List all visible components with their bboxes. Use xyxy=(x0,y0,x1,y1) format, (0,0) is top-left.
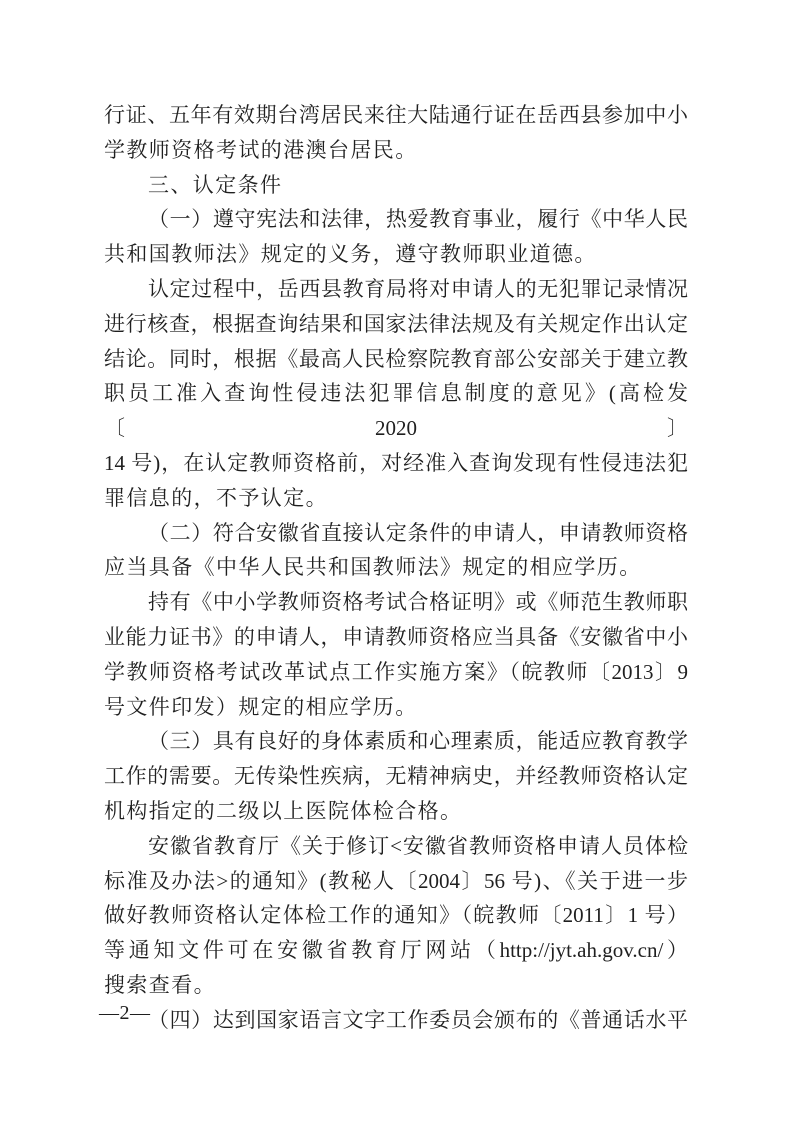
text-line: 等通知文件可在安徽省教育厅网站（http://jyt.ah.gov.cn/） xyxy=(104,933,688,968)
document-body: 行证、五年有效期台湾居民来往大陆通行证在岳西县参加中小学教师资格考试的港澳台居民… xyxy=(104,98,688,1038)
text-line: 机构指定的二级以上医院体检合格。 xyxy=(104,794,688,829)
text-line: 进行核查，根据查询结果和国家法律法规及有关规定作出认定 xyxy=(104,307,688,342)
text-line: 罪信息的，不予认定。 xyxy=(104,481,688,516)
text-line: 认定过程中，岳西县教育局将对申请人的无犯罪记录情况 xyxy=(104,272,688,307)
text-line: 行证、五年有效期台湾居民来往大陆通行证在岳西县参加中小 xyxy=(104,98,688,133)
text-line: （三）具有良好的身体素质和心理素质，能适应教育教学 xyxy=(104,724,688,759)
text-line: 业能力证书》的申请人，申请教师资格应当具备《安徽省中小 xyxy=(104,620,688,655)
text-line: （二）符合安徽省直接认定条件的申请人，申请教师资格 xyxy=(104,516,688,551)
text-line: 应当具备《中华人民共和国教师法》规定的相应学历。 xyxy=(104,550,688,585)
text-line: 职员工准入查询性侵违法犯罪信息制度的意见》(高检发〔2020〕 xyxy=(104,376,688,446)
text-line: 安徽省教育厅《关于修订<安徽省教师资格申请人员体检 xyxy=(104,829,688,864)
text-line: 工作的需要。无传染性疾病，无精神病史，并经教师资格认定 xyxy=(104,759,688,794)
text-line: （一）遵守宪法和法律，热爱教育事业，履行《中华人民 xyxy=(104,202,688,237)
text-line: 结论。同时，根据《最高人民检察院教育部公安部关于建立教 xyxy=(104,342,688,377)
text-line: 标准及办法>的通知》(教秘人〔2004〕56 号)、《关于进一步 xyxy=(104,864,688,899)
text-line: 学教师资格考试改革试点工作实施方案》（皖教师〔2013〕9 xyxy=(104,655,688,690)
text-line: 搜索查看。 xyxy=(104,968,688,1003)
page-number: —2— xyxy=(99,1000,151,1026)
document-page: 行证、五年有效期台湾居民来往大陆通行证在岳西县参加中小学教师资格考试的港澳台居民… xyxy=(0,0,793,1122)
text-line: 号文件印发）规定的相应学历。 xyxy=(104,690,688,725)
text-line: 共和国教师法》规定的义务，遵守教师职业道德。 xyxy=(104,237,688,272)
text-line: 做好教师资格认定体检工作的通知》（皖教师〔2011〕1 号） xyxy=(104,898,688,933)
text-line: 学教师资格考试的港澳台居民。 xyxy=(104,133,688,168)
text-line: 持有《中小学教师资格考试合格证明》或《师范生教师职 xyxy=(104,585,688,620)
section-heading: 三、认定条件 xyxy=(104,168,688,203)
text-line: （四）达到国家语言文字工作委员会颁布的《普通话水平 xyxy=(104,1003,688,1038)
text-line: 14 号)，在认定教师资格前，对经准入查询发现有性侵违法犯 xyxy=(104,446,688,481)
